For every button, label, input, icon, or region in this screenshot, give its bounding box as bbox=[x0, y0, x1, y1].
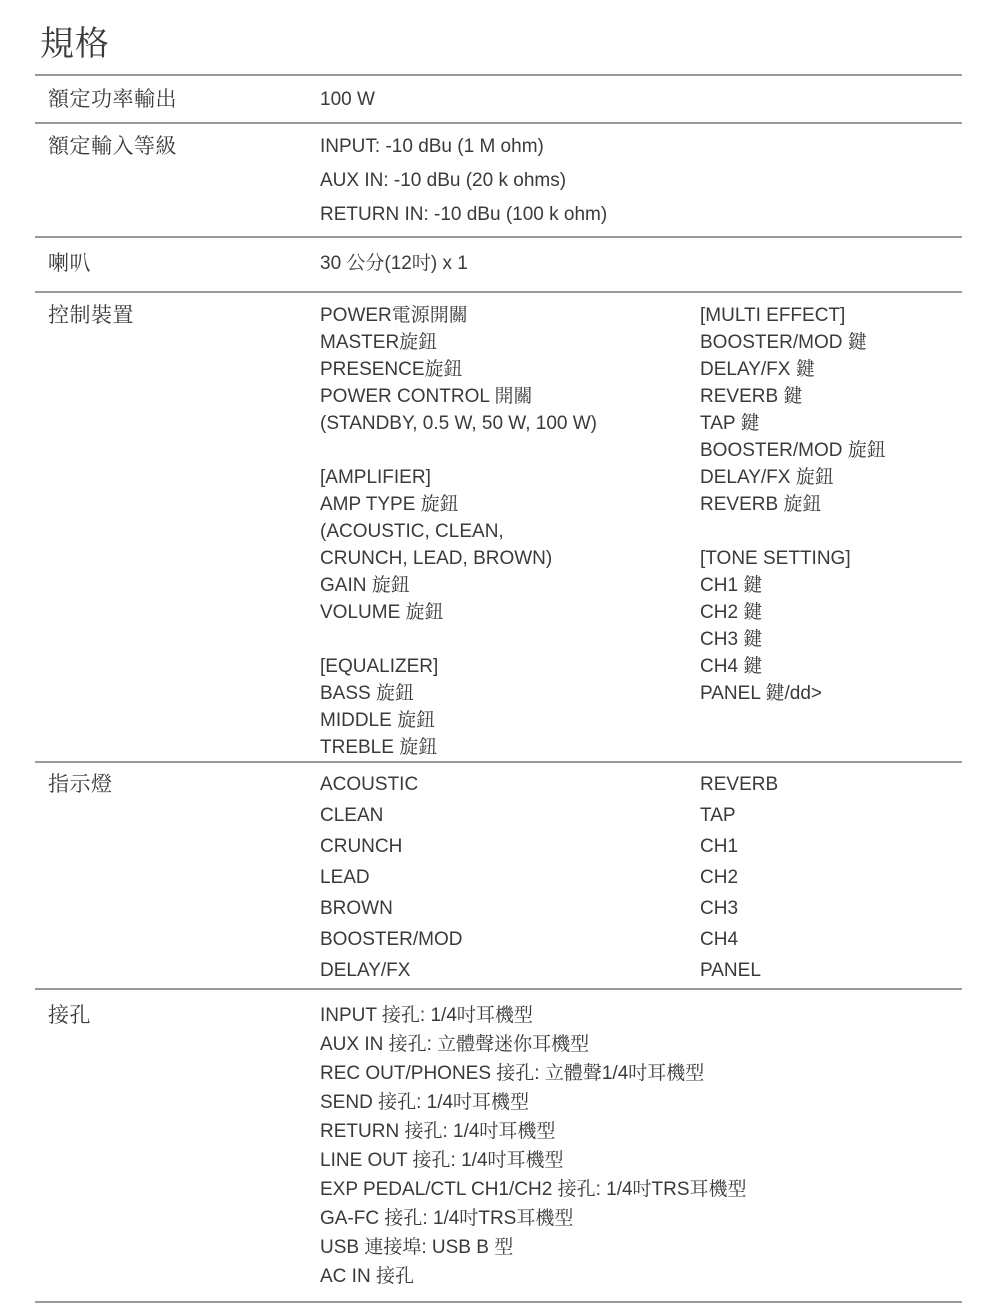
spec-line: AMP TYPE 旋鈕 bbox=[320, 491, 700, 518]
spec-line: REVERB bbox=[700, 769, 962, 800]
spec-line: DELAY/FX 鍵 bbox=[700, 356, 962, 383]
spec-line: LINE OUT 接孔: 1/4吋耳機型 bbox=[320, 1146, 962, 1175]
spec-line: [AMPLIFIER] bbox=[320, 464, 700, 491]
spec-line: AUX IN 接孔: 立體聲迷你耳機型 bbox=[320, 1030, 962, 1059]
spec-line: CH1 bbox=[700, 831, 962, 862]
value-column-0: POWER電源開關MASTER旋鈕PRESENCE旋鈕POWER CONTROL… bbox=[320, 302, 700, 761]
spec-line: DELAY/FX 旋鈕 bbox=[700, 464, 962, 491]
row-label-indicators: 指示燈 bbox=[48, 769, 320, 986]
spec-line: BROWN bbox=[320, 893, 700, 924]
spec-line: TAP bbox=[700, 800, 962, 831]
spec-row-input-level: 額定輸入等級INPUT: -10 dBu (1 M ohm)AUX IN: -1… bbox=[35, 122, 962, 236]
spec-line: TREBLE 旋鈕 bbox=[320, 734, 700, 761]
spec-line: CH3 鍵 bbox=[700, 626, 962, 653]
spec-line: POWER電源開關 bbox=[320, 302, 700, 329]
value-column-1: REVERBTAPCH1CH2CH3CH4PANEL bbox=[700, 769, 962, 986]
row-label-jacks: 接孔 bbox=[48, 1001, 320, 1291]
spec-line: POWER CONTROL 開關 bbox=[320, 383, 700, 410]
spec-line: RETURN IN: -10 dBu (100 k ohm) bbox=[320, 198, 962, 232]
spec-line: 100 W bbox=[320, 86, 962, 113]
spec-line: GA-FC 接孔: 1/4吋TRS耳機型 bbox=[320, 1204, 962, 1233]
spec-line: TAP 鍵 bbox=[700, 410, 962, 437]
row-label-power-output: 額定功率輸出 bbox=[48, 86, 320, 113]
row-value-speaker: 30 公分(12吋) x 1 bbox=[320, 250, 962, 277]
spec-line: BASS 旋鈕 bbox=[320, 680, 700, 707]
spec-line: DELAY/FX bbox=[320, 955, 700, 986]
spec-line: [EQUALIZER] bbox=[320, 653, 700, 680]
spec-line: CH4 鍵 bbox=[700, 653, 962, 680]
spec-line: MASTER旋鈕 bbox=[320, 329, 700, 356]
spec-line: CH1 鍵 bbox=[700, 572, 962, 599]
row-value-controls: POWER電源開關MASTER旋鈕PRESENCE旋鈕POWER CONTROL… bbox=[320, 302, 962, 761]
spec-line-blank bbox=[320, 437, 700, 464]
spec-line: AUX IN: -10 dBu (20 k ohms) bbox=[320, 164, 962, 198]
spec-line: INPUT: -10 dBu (1 M ohm) bbox=[320, 130, 962, 164]
spec-line: PANEL bbox=[700, 955, 962, 986]
row-value-power-output: 100 W bbox=[320, 86, 962, 113]
value-column-0: ACOUSTICCLEANCRUNCHLEADBROWNBOOSTER/MODD… bbox=[320, 769, 700, 986]
row-value-input-level: INPUT: -10 dBu (1 M ohm)AUX IN: -10 dBu … bbox=[320, 130, 962, 232]
spec-line: ACOUSTIC bbox=[320, 769, 700, 800]
spec-line: PANEL 鍵/dd> bbox=[700, 680, 962, 707]
spec-line: GAIN 旋鈕 bbox=[320, 572, 700, 599]
spec-line: REVERB 旋鈕 bbox=[700, 491, 962, 518]
row-label-speaker: 喇叭 bbox=[48, 250, 320, 277]
spec-line: MIDDLE 旋鈕 bbox=[320, 707, 700, 734]
spec-line: [TONE SETTING] bbox=[700, 545, 962, 572]
spec-row-speaker: 喇叭30 公分(12吋) x 1 bbox=[35, 236, 962, 291]
spec-line: CH2 bbox=[700, 862, 962, 893]
spec-line: SEND 接孔: 1/4吋耳機型 bbox=[320, 1088, 962, 1117]
spec-line: [MULTI EFFECT] bbox=[700, 302, 962, 329]
spec-line: BOOSTER/MOD bbox=[320, 924, 700, 955]
spec-row-jacks: 接孔INPUT 接孔: 1/4吋耳機型AUX IN 接孔: 立體聲迷你耳機型RE… bbox=[35, 988, 962, 1301]
value-column-1: [MULTI EFFECT]BOOSTER/MOD 鍵DELAY/FX 鍵REV… bbox=[700, 302, 962, 761]
spec-line: REC OUT/PHONES 接孔: 立體聲1/4吋耳機型 bbox=[320, 1059, 962, 1088]
row-label-controls: 控制裝置 bbox=[48, 302, 320, 761]
spec-line: INPUT 接孔: 1/4吋耳機型 bbox=[320, 1001, 962, 1030]
spec-line-blank bbox=[700, 518, 962, 545]
spec-row-controls: 控制裝置POWER電源開關MASTER旋鈕PRESENCE旋鈕POWER CON… bbox=[35, 291, 962, 761]
spec-line: RETURN 接孔: 1/4吋耳機型 bbox=[320, 1117, 962, 1146]
spec-line: EXP PEDAL/CTL CH1/CH2 接孔: 1/4吋TRS耳機型 bbox=[320, 1175, 962, 1204]
spec-line: CH2 鍵 bbox=[700, 599, 962, 626]
spec-line: VOLUME 旋鈕 bbox=[320, 599, 700, 626]
spec-line: AC IN 接孔 bbox=[320, 1262, 962, 1291]
spec-line: CRUNCH bbox=[320, 831, 700, 862]
page-title: 規格 bbox=[40, 26, 1000, 62]
row-value-indicators: ACOUSTICCLEANCRUNCHLEADBROWNBOOSTER/MODD… bbox=[320, 769, 962, 986]
spec-line-blank bbox=[320, 626, 700, 653]
row-value-jacks: INPUT 接孔: 1/4吋耳機型AUX IN 接孔: 立體聲迷你耳機型REC … bbox=[320, 1001, 962, 1291]
spec-line: CRUNCH, LEAD, BROWN) bbox=[320, 545, 700, 572]
spec-line: CH4 bbox=[700, 924, 962, 955]
spec-row-power-output: 額定功率輸出100 W bbox=[35, 74, 962, 122]
spec-line: USB 連接埠: USB B 型 bbox=[320, 1233, 962, 1262]
spec-line: PRESENCE旋鈕 bbox=[320, 356, 700, 383]
spec-line: 30 公分(12吋) x 1 bbox=[320, 250, 962, 277]
spec-line: REVERB 鍵 bbox=[700, 383, 962, 410]
spec-row-indicators: 指示燈ACOUSTICCLEANCRUNCHLEADBROWNBOOSTER/M… bbox=[35, 761, 962, 988]
spec-line: BOOSTER/MOD 旋鈕 bbox=[700, 437, 962, 464]
spec-page: 規格 額定功率輸出100 W額定輸入等級INPUT: -10 dBu (1 M … bbox=[0, 0, 1000, 1304]
spec-table: 額定功率輸出100 W額定輸入等級INPUT: -10 dBu (1 M ohm… bbox=[35, 74, 962, 1303]
spec-line: BOOSTER/MOD 鍵 bbox=[700, 329, 962, 356]
spec-line: (ACOUSTIC, CLEAN, bbox=[320, 518, 700, 545]
spec-line: (STANDBY, 0.5 W, 50 W, 100 W) bbox=[320, 410, 700, 437]
row-label-input-level: 額定輸入等級 bbox=[48, 130, 320, 232]
spec-line: CLEAN bbox=[320, 800, 700, 831]
spec-line: LEAD bbox=[320, 862, 700, 893]
spec-line: CH3 bbox=[700, 893, 962, 924]
